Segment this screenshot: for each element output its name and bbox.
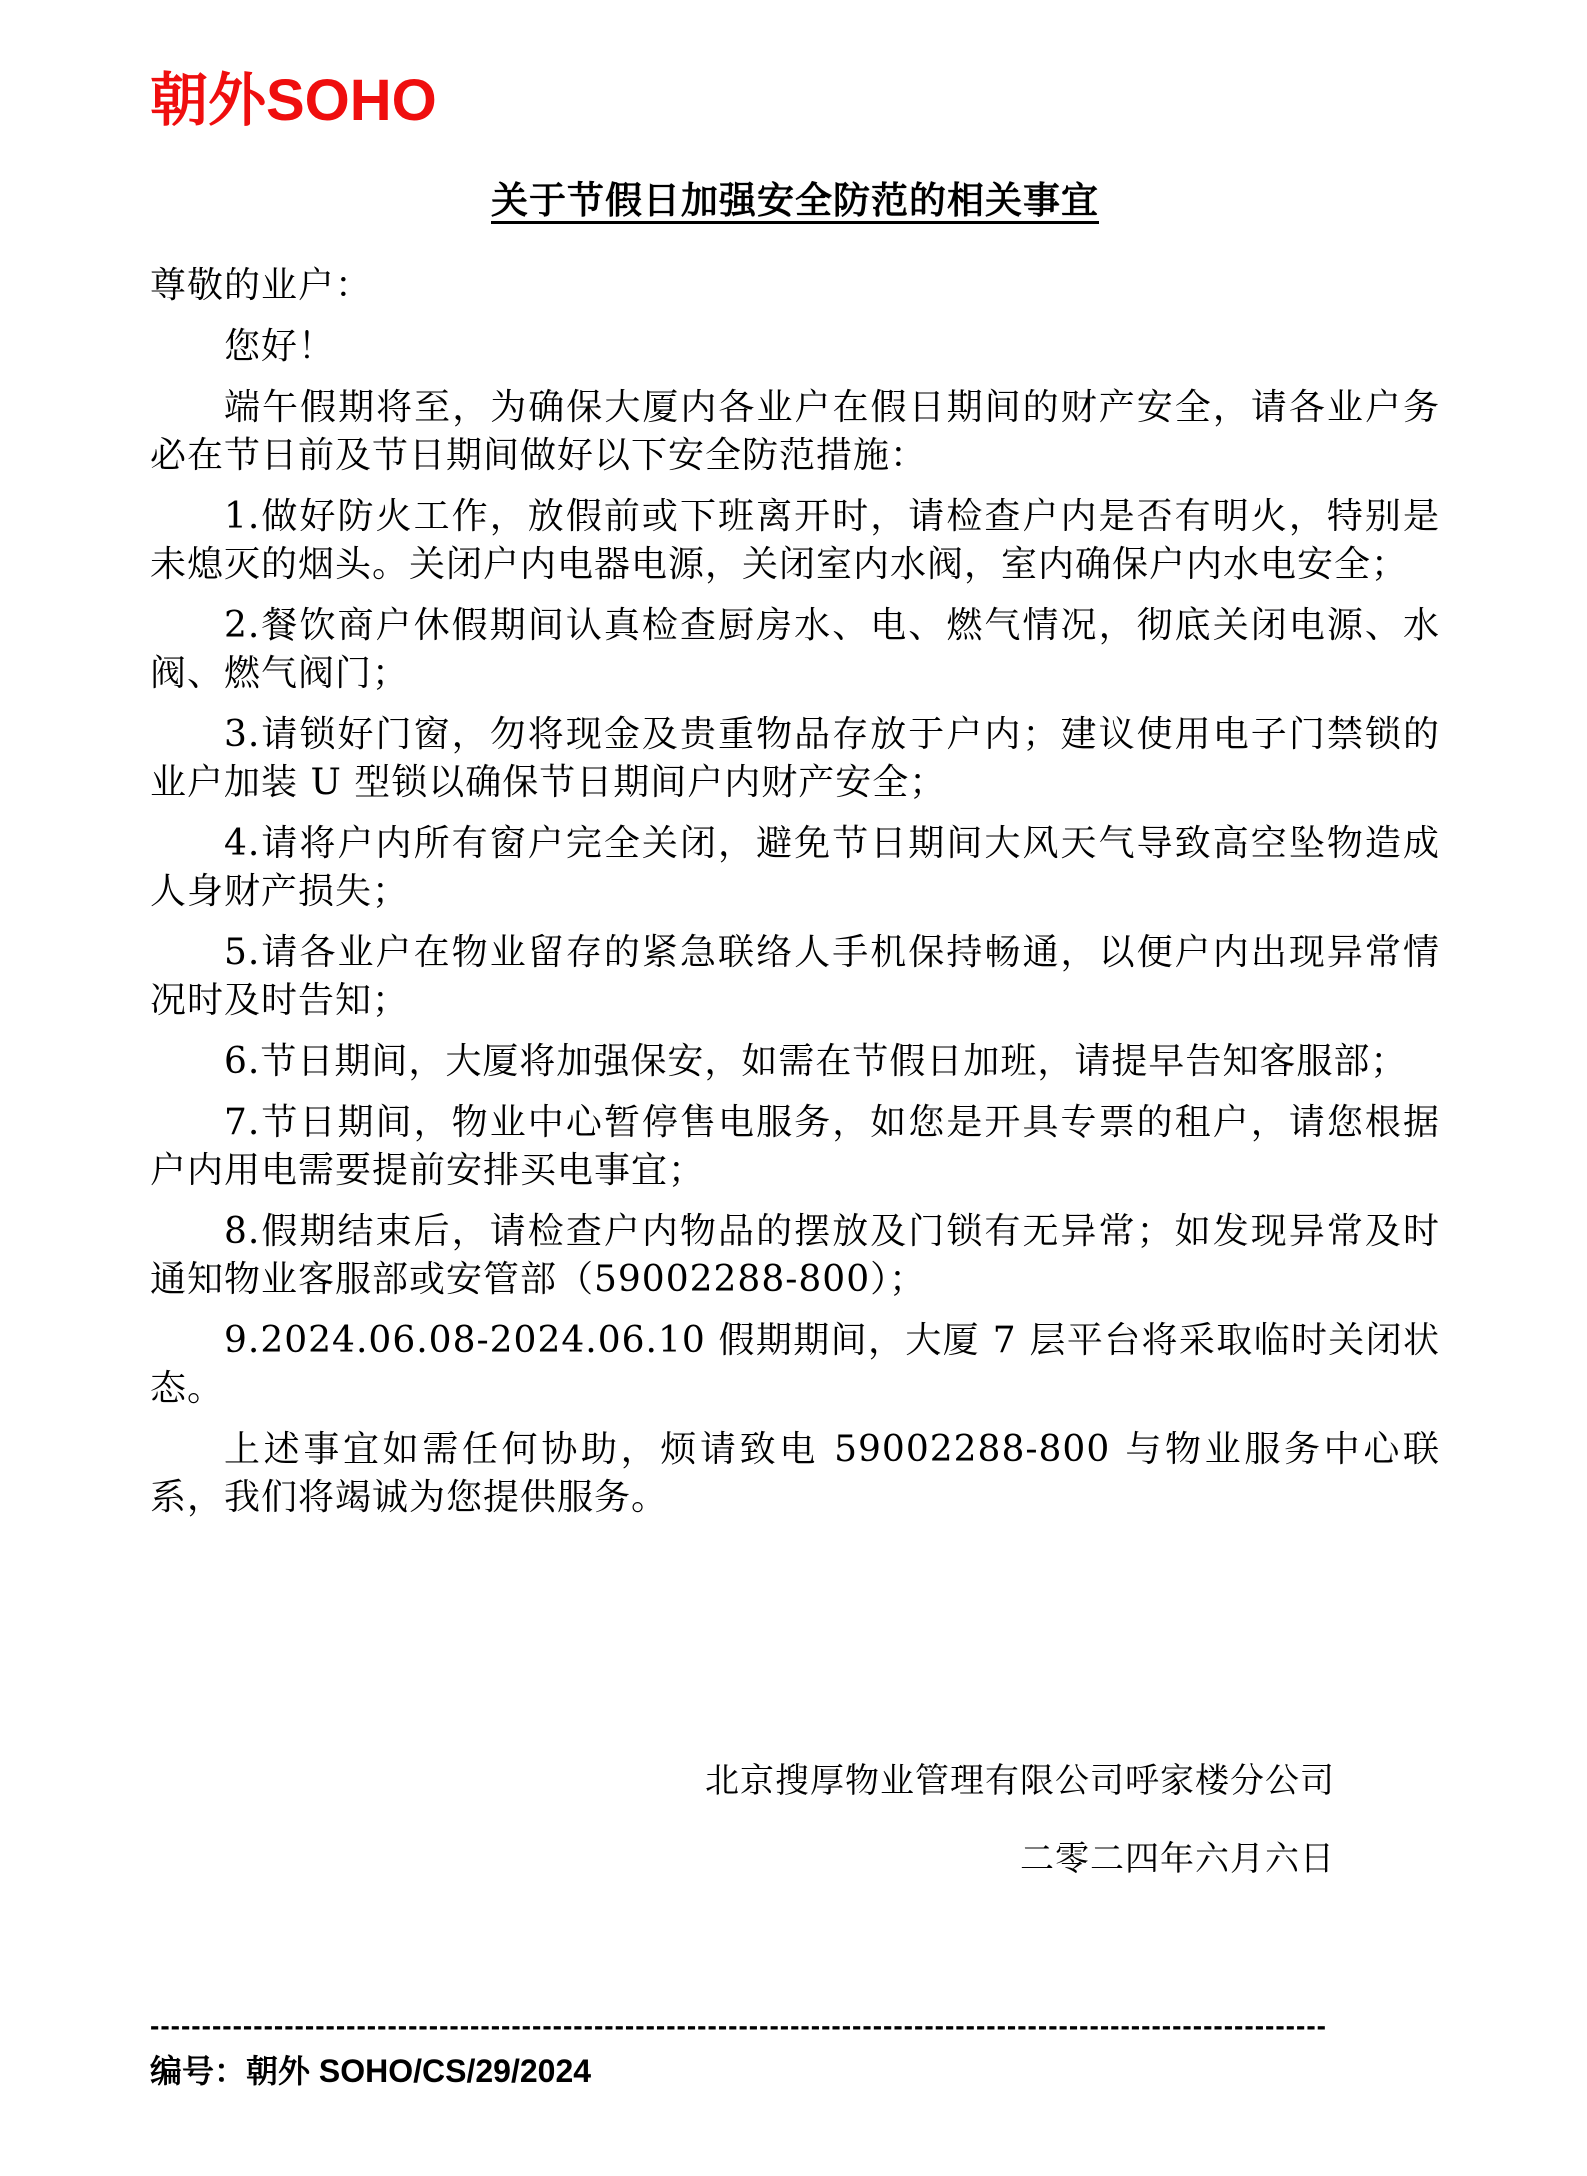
signature-company: 北京搜厚物业管理有限公司呼家楼分公司 <box>150 1757 1335 1805</box>
page-footer: ----------------------------------------… <box>150 2015 1440 2091</box>
signature-block: 北京搜厚物业管理有限公司呼家楼分公司 二零二四年六月六日 <box>150 1757 1440 1883</box>
notice-item-2: 2.餐饮商户休假期间认真检查厨房水、电、燃气情况，彻底关闭电源、水阀、燃气阀门； <box>150 602 1440 698</box>
notice-title: 关于节假日加强安全防范的相关事宜 <box>150 170 1440 224</box>
notice-item-9: 9.2024.06.08-2024.06.10 假期期间，大厦 7 层平台将采取… <box>150 1317 1440 1413</box>
signature-date: 二零二四年六月六日 <box>150 1835 1335 1883</box>
notice-item-3: 3.请锁好门窗，勿将现金及贵重物品存放于户内；建议使用电子门禁锁的业户加装 U … <box>150 711 1440 807</box>
greeting: 您好！ <box>150 323 1440 371</box>
closing-paragraph: 上述事宜如需任何协助，烦请致电 59002288-800 与物业服务中心联系，我… <box>150 1426 1440 1522</box>
notice-item-8: 8.假期结束后，请检查户内物品的摆放及门锁有无异常；如发现异常及时通知物业客服部… <box>150 1208 1440 1304</box>
notice-item-4: 4.请将户内所有窗户完全关闭，避免节日期间大风天气导致高空坠物造成人身财产损失； <box>150 820 1440 916</box>
notice-item-7: 7.节日期间，物业中心暂停售电服务，如您是开具专票的租户，请您根据户内用电需要提… <box>150 1099 1440 1195</box>
company-logo: 朝外SOHO <box>150 72 1440 130</box>
intro-paragraph: 端午假期将至，为确保大厦内各业户在假日期间的财产安全，请各业户务必在节日前及节日… <box>150 384 1440 480</box>
notice-item-6: 6.节日期间，大厦将加强保安，如需在节假日加班，请提早告知客服部； <box>150 1038 1440 1086</box>
salutation: 尊敬的业户： <box>150 262 1440 310</box>
dashed-divider: ----------------------------------------… <box>150 2015 1326 2037</box>
notice-item-1: 1.做好防火工作，放假前或下班离开时，请检查户内是否有明火，特别是未熄灭的烟头。… <box>150 493 1440 589</box>
document-page: 朝外SOHO 关于节假日加强安全防范的相关事宜 尊敬的业户： 您好！ 端午假期将… <box>0 0 1587 2176</box>
doc-number: 编号：朝外 SOHO/CS/29/2024 <box>150 2051 1440 2091</box>
notice-item-5: 5.请各业户在物业留存的紧急联络人手机保持畅通，以便户内出现异常情况时及时告知； <box>150 929 1440 1025</box>
